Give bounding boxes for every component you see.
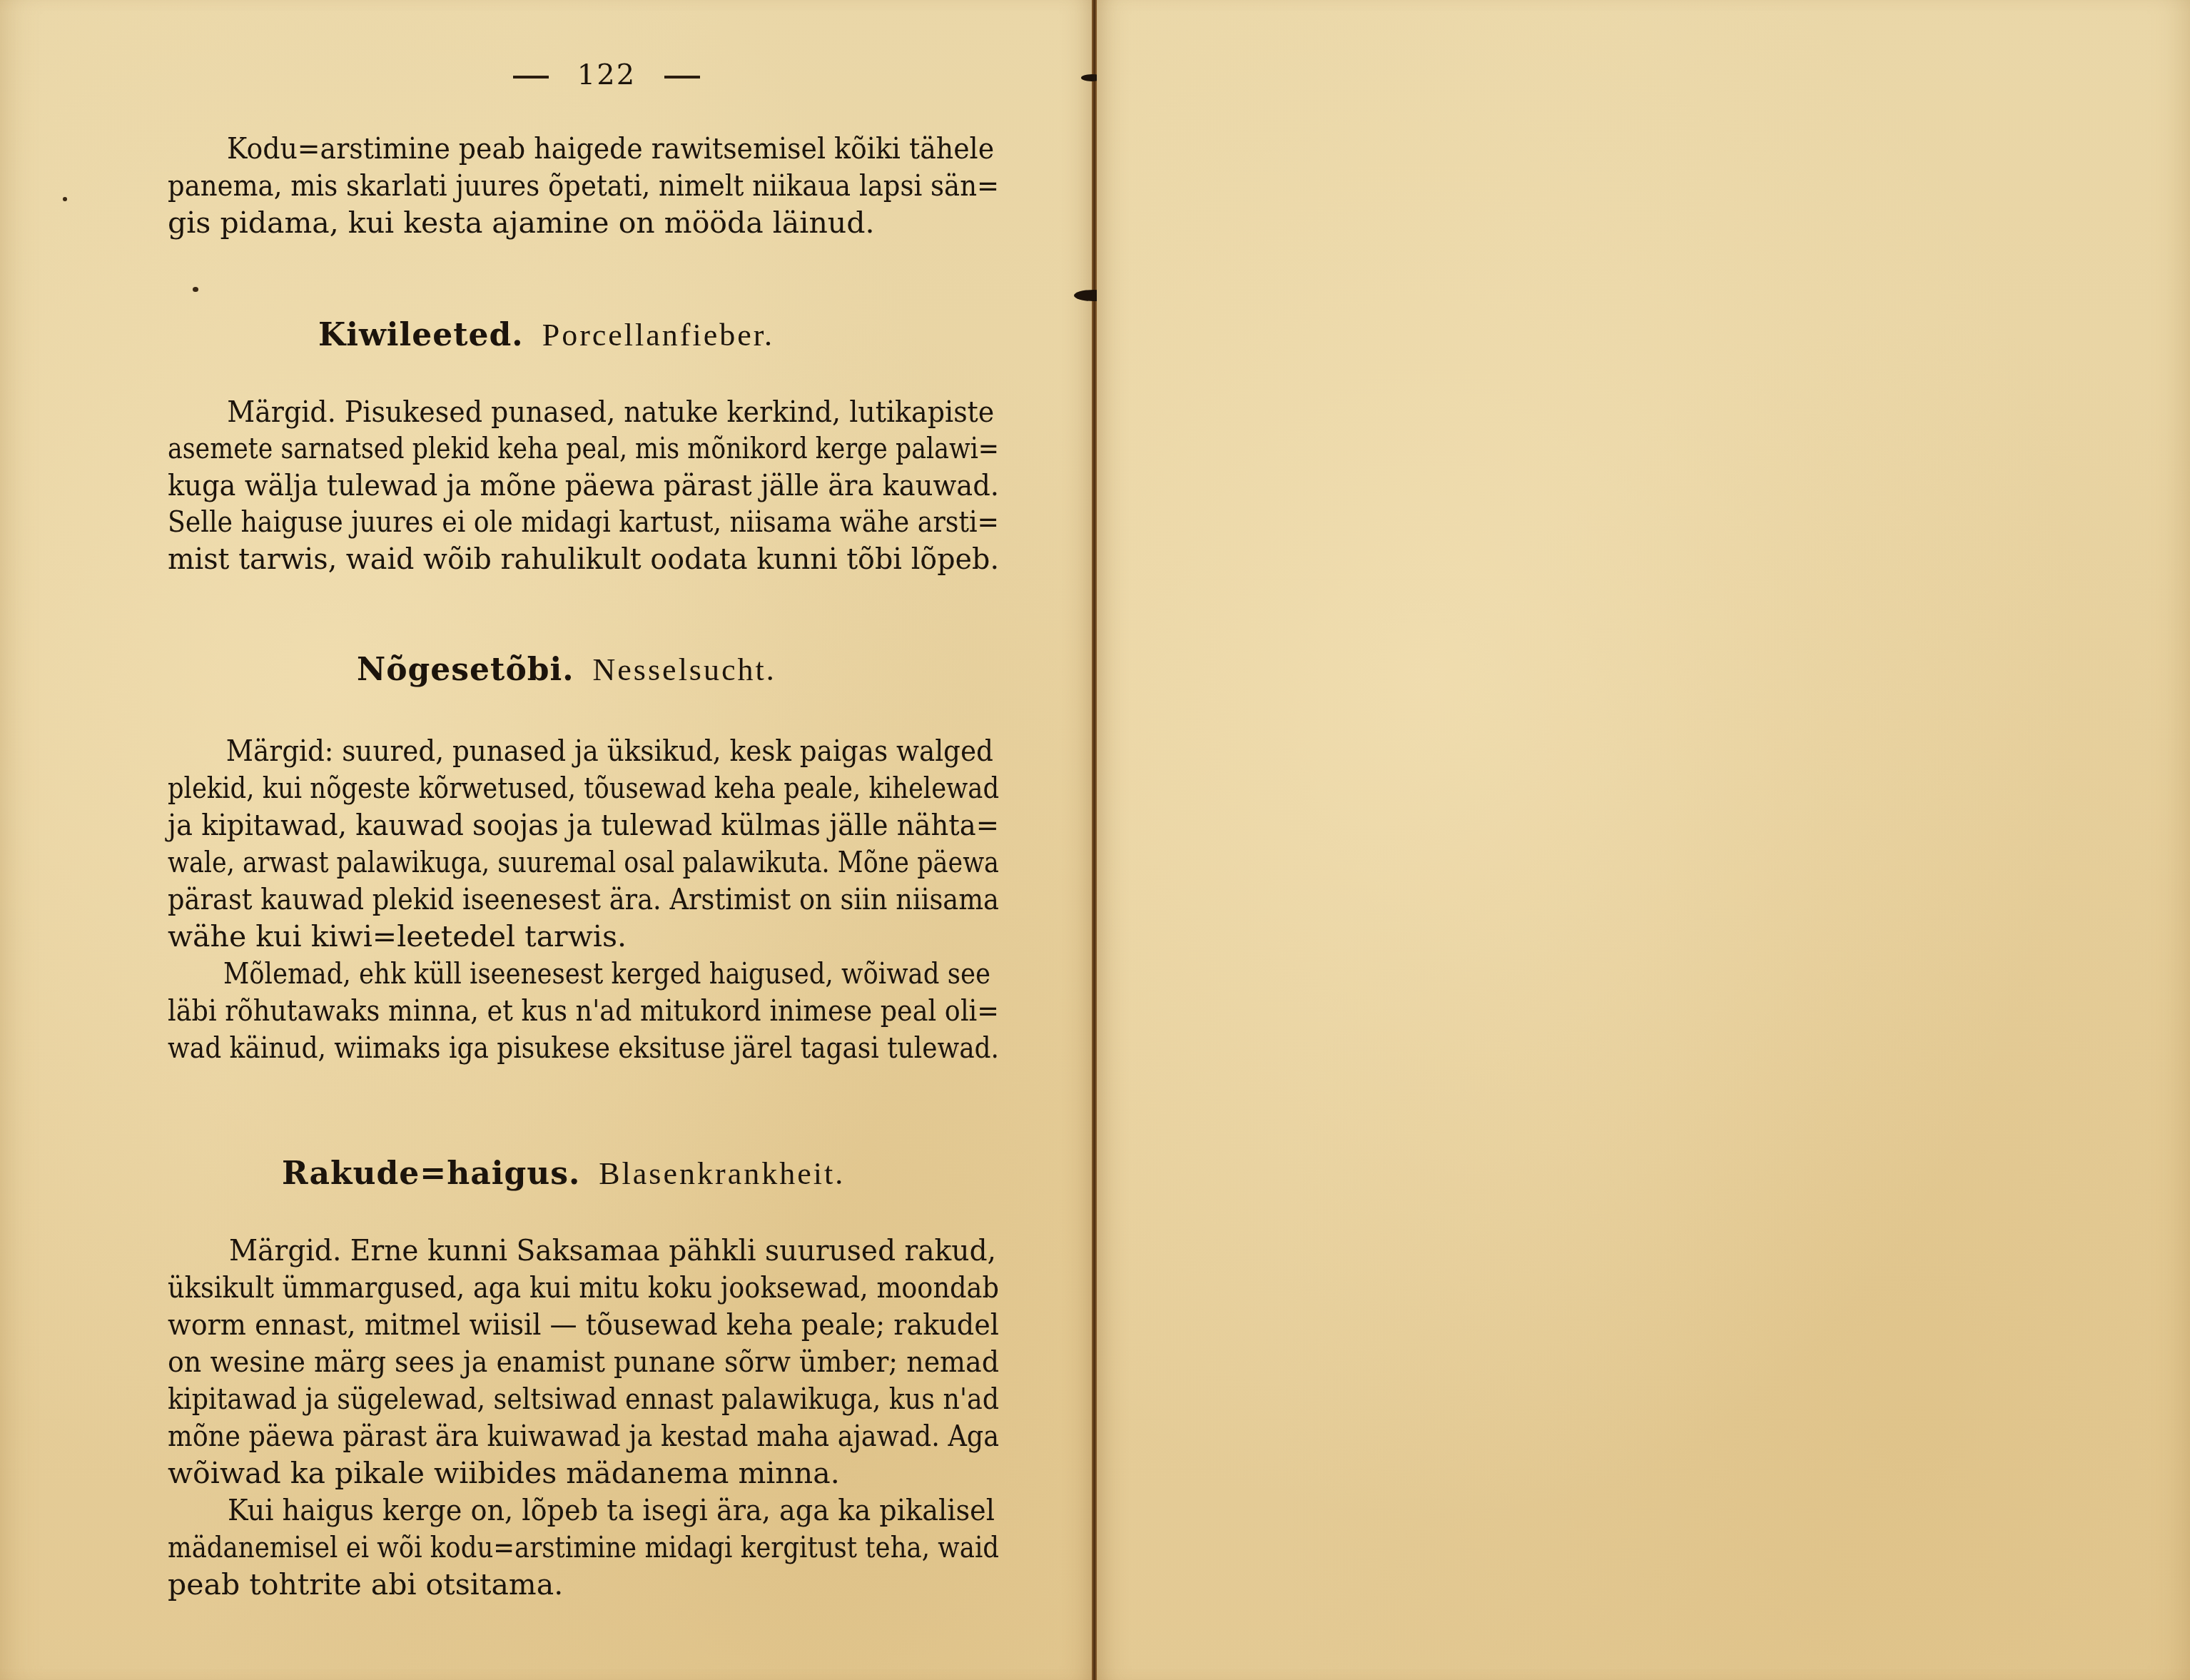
text-line: peab tohtrite abi otsitama. bbox=[168, 1567, 999, 1602]
text-line: Märgid. Erne kunni Saksamaa pähkli suuru… bbox=[168, 1233, 999, 1268]
heading-estonian: Nõgesetõbi. bbox=[357, 652, 574, 688]
book-gutter bbox=[1092, 0, 1097, 1680]
text-line: panema, mis skarlati juures õpetati, nim… bbox=[168, 168, 999, 203]
text-line: Kodu=arstimine peab haigede rawitsemisel… bbox=[168, 131, 999, 166]
right-page: 123 Suukäsu ehk kööm.Schwämmchen. Märgid… bbox=[1097, 0, 2190, 1680]
heading-german: Nesselsucht. bbox=[593, 652, 776, 687]
text-line: ja kipitawad, kauwad soojas ja tulewad k… bbox=[168, 807, 999, 843]
text-line: kipitawad ja sügelewad, seltsiwad ennast… bbox=[168, 1381, 999, 1417]
text-line: wõiwad ka pikale wiibides mädanema minna… bbox=[168, 1455, 999, 1491]
text-line: Selle haiguse juures ei ole midagi kartu… bbox=[168, 504, 999, 540]
heading-german: Porcellanfieber. bbox=[542, 318, 774, 353]
text-line: plekid, kui nõgeste kõrwetused, tõusewad… bbox=[168, 770, 999, 806]
heading-estonian: Rakude=haigus. bbox=[282, 1155, 580, 1192]
text-line: asemete sarnatsed plekid keha peal, mis … bbox=[168, 430, 999, 466]
heading-estonian: Kiwileeted. bbox=[318, 317, 524, 353]
paper-speck bbox=[63, 197, 67, 201]
heading-german: Blasenkrankheit. bbox=[599, 1156, 845, 1191]
text-line: üksikult ümmargused, aga kui mitu koku j… bbox=[168, 1270, 999, 1305]
text-line: wad käinud, wiimaks iga pisukese eksitus… bbox=[168, 1030, 999, 1066]
page-number-left: 122 bbox=[457, 59, 756, 91]
folio-dash bbox=[664, 76, 700, 79]
text-line: pärast kauwad plekid iseenesest ära. Ars… bbox=[168, 881, 999, 917]
text-line: gis pidama, kui kesta ajamine on mööda l… bbox=[168, 205, 999, 241]
text-line: mädanemisel ei wõi kodu=arstimine midagi… bbox=[168, 1529, 999, 1565]
text-line: Märgid: suured, punased ja üksikud, kesk… bbox=[168, 733, 999, 769]
book-spread: 122 Kodu=arstimine peab haigede rawitsem… bbox=[0, 0, 2190, 1680]
folio-dash bbox=[513, 76, 549, 79]
text-line: wale, arwast palawikuga, suuremal osal p… bbox=[168, 844, 999, 880]
text-line: wähe kui kiwi=leetedel tarwis. bbox=[168, 919, 999, 954]
text-line: Kui haigus kerge on, lõpeb ta isegi ära,… bbox=[168, 1492, 999, 1528]
paper-speck bbox=[193, 287, 198, 292]
text-line: kuga wälja tulewad ja mõne päewa pärast … bbox=[168, 467, 999, 503]
left-page: 122 Kodu=arstimine peab haigede rawitsem… bbox=[0, 0, 1094, 1680]
section-heading: Kiwileeted.Porcellanfieber. bbox=[318, 316, 774, 355]
text-line: läbi rõhutawaks minna, et kus n'ad mituk… bbox=[168, 993, 999, 1028]
text-line: on wesine märg sees ja enamist punane sõ… bbox=[168, 1344, 999, 1380]
text-line: Mõlemad, ehk küll iseenesest kerged haig… bbox=[168, 956, 999, 991]
text-line: mõne päewa pärast ära kuiwawad ja kestad… bbox=[168, 1418, 999, 1454]
section-heading: Nõgesetõbi.Nesselsucht. bbox=[357, 651, 776, 689]
section-heading: Rakude=haigus.Blasenkrankheit. bbox=[282, 1155, 845, 1193]
text-line: Märgid. Pisukesed punased, natuke kerkin… bbox=[168, 394, 999, 430]
text-line: worm ennast, mitmel wiisil — tõusewad ke… bbox=[168, 1307, 999, 1342]
text-line: mist tarwis, waid wõib rahulikult oodata… bbox=[168, 541, 999, 577]
